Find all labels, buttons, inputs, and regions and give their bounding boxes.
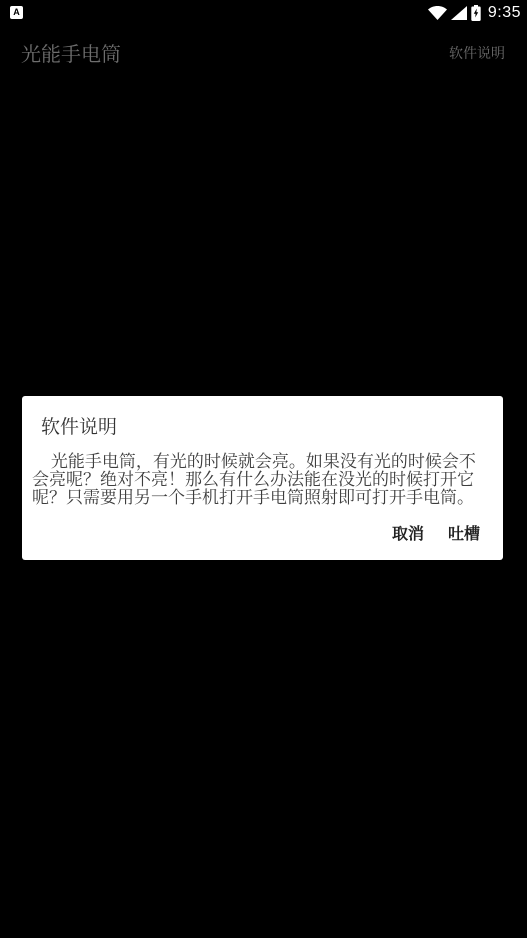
- cancel-button[interactable]: 取消: [380, 517, 436, 553]
- complain-button[interactable]: 吐槽: [436, 517, 492, 553]
- dialog-button-bar: 取消 吐槽: [22, 507, 503, 553]
- dialog-message: 光能手电筒，有光的时候就会亮。如果没有光的时候会不会亮呢？绝对不亮！那么有什么办…: [22, 453, 503, 507]
- dialog-title: 软件说明: [22, 396, 503, 439]
- software-info-dialog: 软件说明 光能手电筒，有光的时候就会亮。如果没有光的时候会不会亮呢？绝对不亮！那…: [22, 396, 503, 560]
